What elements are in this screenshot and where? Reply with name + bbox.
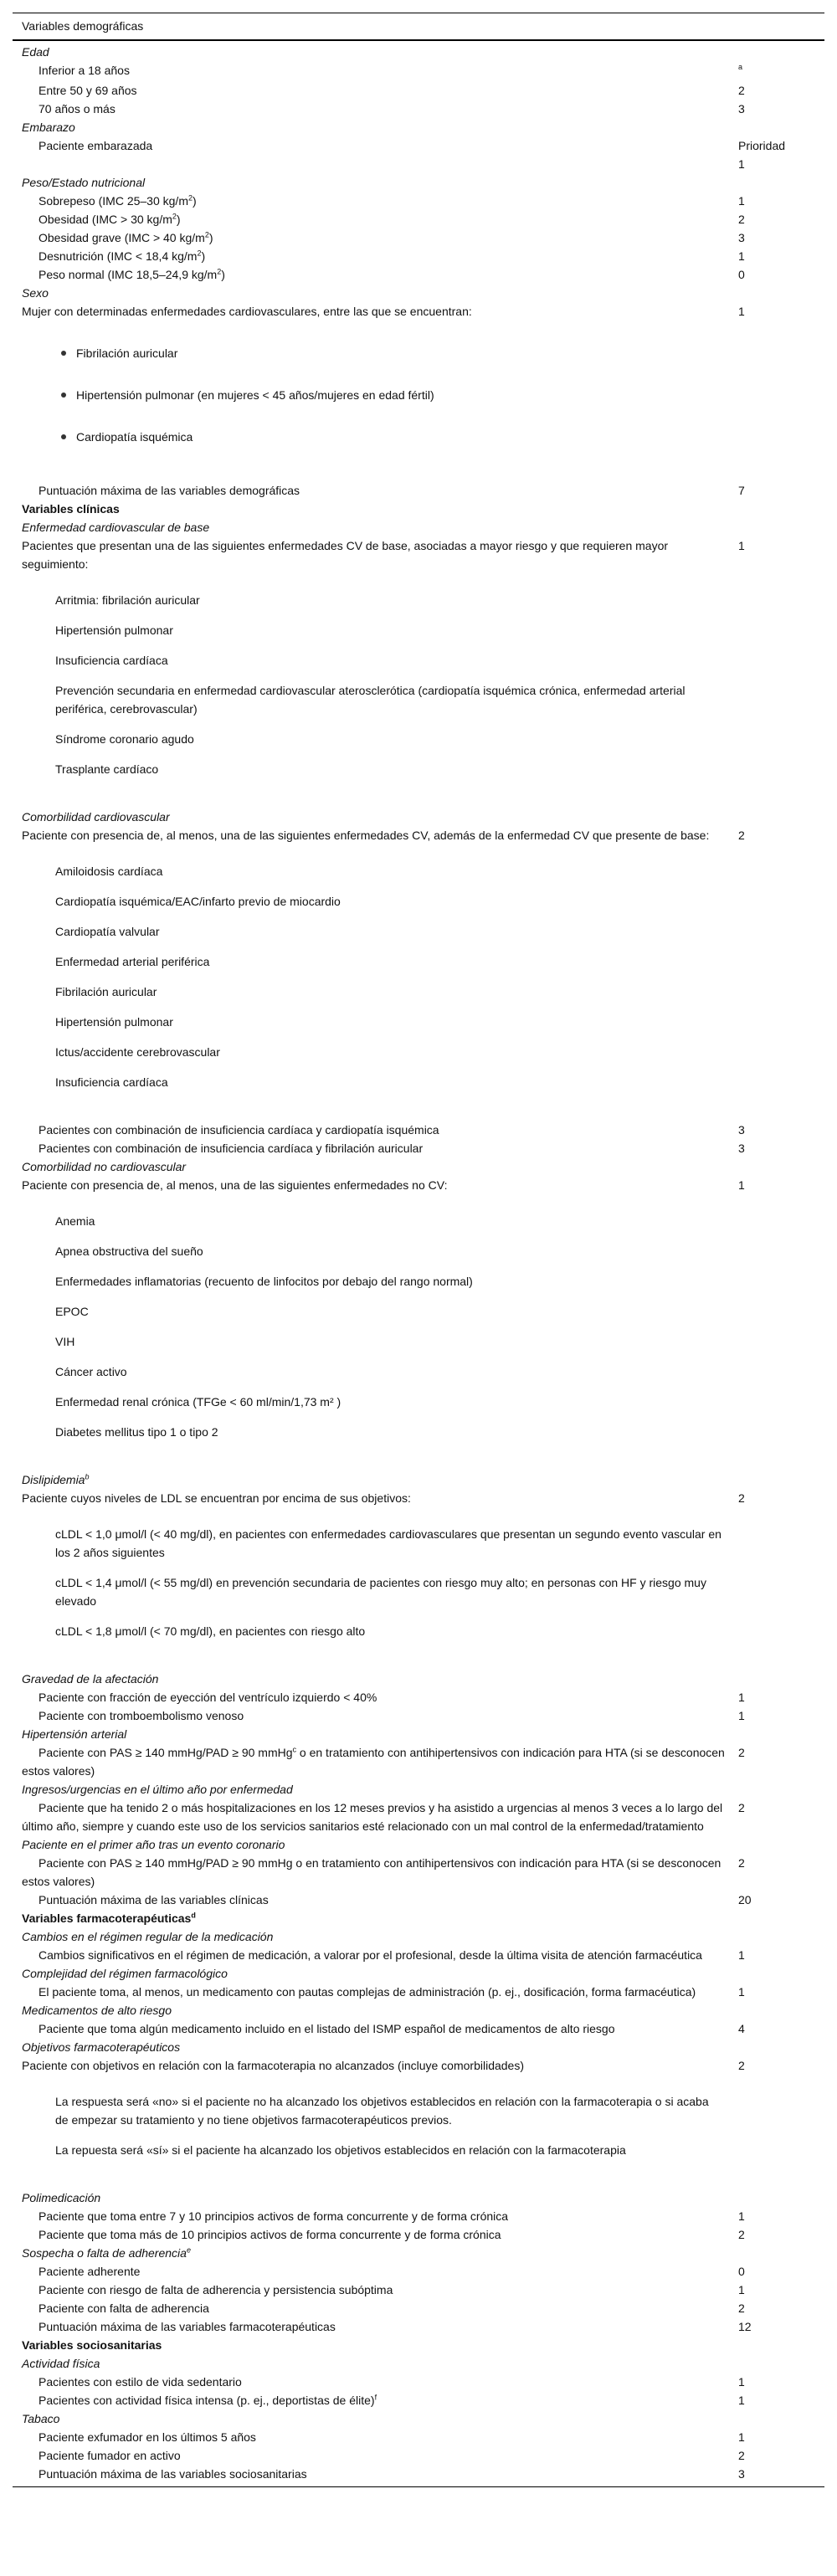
subheading: Sexo xyxy=(13,284,738,302)
criterion-label: Mujer con determinadas enfermedades card… xyxy=(13,302,738,321)
subheading-row: Actividad física xyxy=(13,2354,824,2373)
label-text-cont: ) xyxy=(177,213,181,226)
subheading-row: Cambios en el régimen regular de la medi… xyxy=(13,1927,824,1946)
score-value: 20 xyxy=(738,1891,824,1909)
table-row: Paciente que toma más de 10 principios a… xyxy=(13,2225,824,2244)
score-value: 3 xyxy=(738,1139,824,1157)
label-text: Edad xyxy=(22,45,49,59)
table-row: Paciente embarazadaPrioridad xyxy=(13,136,824,155)
list-item: Arritmia: fibrilación auricular xyxy=(55,585,724,615)
criterion-label: Paciente con presencia de, al menos, una… xyxy=(13,826,738,844)
label-text: Comorbilidad cardiovascular xyxy=(22,810,170,824)
label-text: Paciente con fracción de eyección del ve… xyxy=(39,1691,377,1704)
footnote-marker: b xyxy=(85,1472,89,1480)
label-text-cont: ) xyxy=(193,194,197,208)
label-text: Paciente exfumador en los últimos 5 años xyxy=(39,2430,256,2444)
criterion-label: Paciente con riesgo de falta de adherenc… xyxy=(13,2281,738,2299)
score-value: 3 xyxy=(738,2465,824,2483)
section-heading-row: Variables clínicas xyxy=(13,500,824,518)
table-row: Paciente con riesgo de falta de adherenc… xyxy=(13,2281,824,2299)
subheading: Paciente en el primer año tras un evento… xyxy=(13,1835,738,1854)
score-text: 12 xyxy=(738,2320,752,2333)
table-row: Paciente con PAS ≥ 140 mmHg/PAD ≥ 90 mmH… xyxy=(13,1743,824,1780)
label-text: Puntuación máxima de las variables socio… xyxy=(39,2467,307,2481)
list-item: cLDL < 1,4 μmol/l (< 55 mg/dl) en preven… xyxy=(55,1568,724,1616)
section-heading: Variables sociosanitarias xyxy=(13,2336,738,2354)
condition-list: La respuesta será «no» si el paciente no… xyxy=(13,2075,824,2170)
score-value: 1 xyxy=(738,2207,824,2225)
score-text: 2 xyxy=(738,1491,745,1505)
list-item: La repuesta será «sí» si el paciente ha … xyxy=(55,2135,724,2165)
list-item: Hipertensión pulmonar xyxy=(55,615,724,645)
score-value: 2 xyxy=(738,1799,824,1817)
score-text: 3 xyxy=(738,1142,745,1155)
label-text: Paciente que toma algún medicamento incl… xyxy=(39,2022,615,2035)
subheading: Peso/Estado nutricional xyxy=(13,173,738,192)
criterion-label: Paciente con PAS ≥ 140 mmHg/PAD ≥ 90 mmH… xyxy=(13,1743,738,1780)
score-value: 2 xyxy=(738,826,824,844)
list-item: Fibrilación auricular xyxy=(59,332,724,374)
list-item: Fibrilación auricular xyxy=(55,977,724,1007)
score-value: 2 xyxy=(738,1489,824,1507)
label-text: Actividad física xyxy=(22,2357,100,2370)
table-row: Pacientes con estilo de vida sedentario1 xyxy=(13,2373,824,2391)
label-text: Puntuación máxima de las variables clíni… xyxy=(39,1893,269,1906)
table-row: Paciente cuyos niveles de LDL se encuent… xyxy=(13,1489,824,1507)
label-text: Objetivos farmacoterapéuticos xyxy=(22,2040,180,2054)
label-text: Complejidad del régimen farmacológico xyxy=(22,1967,228,1980)
label-text: El paciente toma, al menos, un medicamen… xyxy=(39,1985,696,1999)
subheading: Gravedad de la afectación xyxy=(13,1670,738,1688)
label-text: Dislipidemia xyxy=(22,1473,85,1486)
table-row: Paciente que toma entre 7 y 10 principio… xyxy=(13,2207,824,2225)
criterion-label: Puntuación máxima de las variables socio… xyxy=(13,2465,738,2483)
list-item: Amiloidosis cardíaca xyxy=(55,856,724,886)
score-text: 7 xyxy=(738,484,745,497)
label-text: Peso/Estado nutricional xyxy=(22,176,145,189)
label-text: Obesidad grave (IMC > 40 kg/m xyxy=(39,231,205,244)
score-text: 2 xyxy=(738,1856,745,1870)
score-text: 1 xyxy=(738,2430,745,2444)
table-row: Pacientes con combinación de insuficienc… xyxy=(13,1121,824,1139)
table-row: 1 xyxy=(13,155,824,173)
score-text: 2 xyxy=(738,2059,745,2072)
criterion-label: Paciente fumador en activo xyxy=(13,2446,738,2465)
label-text: Paciente con falta de adherencia xyxy=(39,2301,209,2315)
criterion-label: Paciente con falta de adherencia xyxy=(13,2299,738,2317)
score-value: Prioridad xyxy=(738,136,824,155)
score-value: 1 xyxy=(738,536,824,555)
subheading: Cambios en el régimen regular de la medi… xyxy=(13,1927,738,1946)
table-row: Puntuación máxima de las variables clíni… xyxy=(13,1891,824,1909)
subheading: Dislipidemiab xyxy=(13,1470,738,1489)
table-row: Paciente exfumador en los últimos 5 años… xyxy=(13,2428,824,2446)
table-row: Mujer con determinadas enfermedades card… xyxy=(13,302,824,321)
subheading: Comorbilidad no cardiovascular xyxy=(13,1157,738,1176)
score-value: 2 xyxy=(738,81,824,100)
label-text: Pacientes con combinación de insuficienc… xyxy=(39,1123,439,1137)
criterion-label: Pacientes con actividad física intensa (… xyxy=(13,2391,738,2409)
list-item: Anemia xyxy=(55,1206,724,1236)
table-row: Paciente con objetivos en relación con l… xyxy=(13,2056,824,2075)
score-text: 1 xyxy=(738,194,745,208)
score-value: 1 xyxy=(738,2373,824,2391)
spacer xyxy=(13,1651,824,1670)
label-text: Paciente que toma más de 10 principios a… xyxy=(39,2228,501,2241)
label-text: Paciente que toma entre 7 y 10 principio… xyxy=(39,2209,508,2223)
subheading: Ingresos/urgencias en el último año por … xyxy=(13,1780,738,1799)
subheading-row: Dislipidemiab xyxy=(13,1470,824,1489)
score-text: 2 xyxy=(738,1801,745,1814)
criterion-label: Pacientes con estilo de vida sedentario xyxy=(13,2373,738,2391)
section-heading: Variables clínicas xyxy=(13,500,738,518)
subheading: Objetivos farmacoterapéuticos xyxy=(13,2038,738,2056)
table-row: Desnutrición (IMC < 18,4 kg/m2)1 xyxy=(13,247,824,265)
subheading-row: Embarazo xyxy=(13,118,824,136)
spacer xyxy=(13,2170,824,2189)
score-value: 1 xyxy=(738,1983,824,2001)
table-row: El paciente toma, al menos, un medicamen… xyxy=(13,1983,824,2001)
criterion-label: Puntuación máxima de las variables clíni… xyxy=(13,1891,738,1909)
section-heading-row: Variables sociosanitarias xyxy=(13,2336,824,2354)
table-row: Paciente con falta de adherencia2 xyxy=(13,2299,824,2317)
list-item: Ictus/accidente cerebrovascular xyxy=(55,1037,724,1067)
score-value: 2 xyxy=(738,1854,824,1872)
subheading-row: Comorbilidad no cardiovascular xyxy=(13,1157,824,1176)
footnote-marker: a xyxy=(738,63,742,71)
spacer xyxy=(13,789,824,808)
subheading-row: Complejidad del régimen farmacológico xyxy=(13,1964,824,1983)
table-row: Paciente que toma algún medicamento incl… xyxy=(13,2019,824,2038)
score-text: 3 xyxy=(738,1123,745,1137)
label-text: Ingresos/urgencias en el último año por … xyxy=(22,1783,293,1796)
subheading-row: Comorbilidad cardiovascular xyxy=(13,808,824,826)
score-value: 2 xyxy=(738,210,824,228)
score-text: 1 xyxy=(738,2209,745,2223)
list-item: Trasplante cardíaco xyxy=(55,754,724,784)
table-row: Pacientes con combinación de insuficienc… xyxy=(13,1139,824,1157)
list-item: Apnea obstructiva del sueño xyxy=(55,1236,724,1266)
condition-list: Amiloidosis cardíacaCardiopatía isquémic… xyxy=(13,844,824,1102)
label-text: Hipertensión arterial xyxy=(22,1727,126,1741)
label-text: Puntuación máxima de las variables demog… xyxy=(39,484,300,497)
list-item: Hipertensión pulmonar (en mujeres < 45 a… xyxy=(59,374,724,416)
score-text: 1 xyxy=(738,539,745,552)
list-item: Hipertensión pulmonar xyxy=(55,1007,724,1037)
criterion-label: Paciente con presencia de, al menos, una… xyxy=(13,1176,738,1194)
label-text: Polimedicación xyxy=(22,2191,100,2204)
label-text-cont: ) xyxy=(221,268,225,281)
criterion-label: Paciente exfumador en los últimos 5 años xyxy=(13,2428,738,2446)
condition-list: cLDL < 1,0 μmol/l (< 40 mg/dl), en pacie… xyxy=(13,1507,824,1651)
label-text: Paciente con objetivos en relación con l… xyxy=(22,2059,524,2072)
footnote-marker: d xyxy=(191,1911,196,1919)
table-row: Pacientes con actividad física intensa (… xyxy=(13,2391,824,2409)
score-text: 2 xyxy=(738,2301,745,2315)
score-text: 1 xyxy=(738,305,745,318)
label-text: Paciente con presencia de, al menos, una… xyxy=(22,829,709,842)
score-text: 1 xyxy=(738,2375,745,2389)
table-header: Variables demográficas xyxy=(13,13,824,39)
score-value: 0 xyxy=(738,2262,824,2281)
criterion-label: Paciente con fracción de eyección del ve… xyxy=(13,1688,738,1706)
criterion-label: Obesidad (IMC > 30 kg/m2) xyxy=(13,210,738,228)
criterion-label: Peso normal (IMC 18,5–24,9 kg/m2) xyxy=(13,265,738,284)
score-value: 2 xyxy=(738,1743,824,1762)
score-text: 4 xyxy=(738,2022,745,2035)
list-item: Enfermedades inflamatorias (recuento de … xyxy=(55,1266,724,1296)
table-row: Entre 50 y 69 años2 xyxy=(13,81,824,100)
label-text: Embarazo xyxy=(22,121,75,134)
score-value: 2 xyxy=(738,2056,824,2075)
list-item: Enfermedad renal crónica (TFGe < 60 ml/m… xyxy=(55,1387,724,1417)
subheading: Medicamentos de alto riesgo xyxy=(13,2001,738,2019)
score-text: 1 xyxy=(738,1691,745,1704)
criterion-label: Pacientes con combinación de insuficienc… xyxy=(13,1139,738,1157)
label-text: Inferior a 18 años xyxy=(39,64,130,77)
criterion-label: Paciente adherente xyxy=(13,2262,738,2281)
score-value: 1 xyxy=(738,1946,824,1964)
list-item: Insuficiencia cardíaca xyxy=(55,645,724,675)
label-text: Obesidad (IMC > 30 kg/m xyxy=(39,213,172,226)
label-text: Paciente en el primer año tras un evento… xyxy=(22,1838,285,1851)
label-text: Paciente adherente xyxy=(39,2265,140,2278)
subheading-row: Sexo xyxy=(13,284,824,302)
label-text: Paciente con presencia de, al menos, una… xyxy=(22,1178,447,1192)
score-value: 1 xyxy=(738,2391,824,2409)
label-text: Tabaco xyxy=(22,2412,59,2425)
criterion-label: Paciente embarazada xyxy=(13,136,738,155)
criterion-label: El paciente toma, al menos, un medicamen… xyxy=(13,1983,738,2001)
score-value: 1 xyxy=(738,192,824,210)
label-text: Paciente que ha tenido 2 o más hospitali… xyxy=(22,1801,722,1833)
subheading: Polimedicación xyxy=(13,2189,738,2207)
table-row: Puntuación máxima de las variables demog… xyxy=(13,481,824,500)
criterion-label: Paciente con objetivos en relación con l… xyxy=(13,2056,738,2075)
list-item: Enfermedad arterial periférica xyxy=(55,947,724,977)
label-text: Comorbilidad no cardiovascular xyxy=(22,1160,186,1173)
table-row: Inferior a 18 añosa xyxy=(13,61,824,81)
table-row: Paciente con presencia de, al menos, una… xyxy=(13,1176,824,1194)
score-value: 2 xyxy=(738,2446,824,2465)
label-text: Sexo xyxy=(22,286,49,300)
score-text: Prioridad xyxy=(738,139,785,152)
subheading-row: Gravedad de la afectación xyxy=(13,1670,824,1688)
list-item: Cardiopatía isquémica xyxy=(59,416,724,458)
footnote-marker: e xyxy=(187,2245,191,2254)
score-text: 0 xyxy=(738,268,745,281)
list-item: Cáncer activo xyxy=(55,1357,724,1387)
criterion-label: Entre 50 y 69 años xyxy=(13,81,738,100)
label-text: Desnutrición (IMC < 18,4 kg/m xyxy=(39,249,197,263)
list-item: Síndrome coronario agudo xyxy=(55,724,724,754)
criterion-label: Paciente con PAS ≥ 140 mmHg/PAD ≥ 90 mmH… xyxy=(13,1854,738,1891)
label-text: Paciente embarazada xyxy=(39,139,152,152)
table-row: Puntuación máxima de las variables socio… xyxy=(13,2465,824,2483)
score-value: 0 xyxy=(738,265,824,284)
label-text: Mujer con determinadas enfermedades card… xyxy=(22,305,472,318)
label-text: Medicamentos de alto riesgo xyxy=(22,2004,172,2017)
subheading-row: Polimedicación xyxy=(13,2189,824,2207)
label-text: Pacientes con actividad física intensa (… xyxy=(39,2394,375,2407)
score-value: 1 xyxy=(738,1706,824,1725)
score-value: 1 xyxy=(738,1176,824,1194)
table-row: Cambios significativos en el régimen de … xyxy=(13,1946,824,1964)
criterion-label: Cambios significativos en el régimen de … xyxy=(13,1946,738,1964)
criterion-label: Paciente que ha tenido 2 o más hospitali… xyxy=(13,1799,738,1835)
subheading-row: Ingresos/urgencias en el último año por … xyxy=(13,1780,824,1799)
score-text: 2 xyxy=(738,829,745,842)
label-text: Puntuación máxima de las variables farma… xyxy=(39,2320,336,2333)
label-text: Variables clínicas xyxy=(22,502,120,516)
subheading: Tabaco xyxy=(13,2409,738,2428)
spacer xyxy=(13,1102,824,1121)
table-row: Pacientes que presentan una de las sigui… xyxy=(13,536,824,573)
subheading: Comorbilidad cardiovascular xyxy=(13,808,738,826)
list-item: Prevención secundaria en enfermedad card… xyxy=(55,675,724,724)
criterion-label: Paciente que toma más de 10 principios a… xyxy=(13,2225,738,2244)
score-value: 1 xyxy=(738,247,824,265)
condition-list: Arritmia: fibrilación auricularHipertens… xyxy=(13,573,824,789)
score-value: 1 xyxy=(738,2428,824,2446)
score-value: 12 xyxy=(738,2317,824,2336)
label-text: Peso normal (IMC 18,5–24,9 kg/m xyxy=(39,268,217,281)
list-item: cLDL < 1,8 μmol/l (< 70 mg/dl), en pacie… xyxy=(55,1616,724,1646)
label-text: 70 años o más xyxy=(39,102,116,115)
risk-score-table: Variables demográficas EdadInferior a 18… xyxy=(13,13,824,2487)
subheading: Actividad física xyxy=(13,2354,738,2373)
score-text: 1 xyxy=(738,2283,745,2296)
label-text: Cambios significativos en el régimen de … xyxy=(39,1948,702,1962)
score-text: 1 xyxy=(738,1178,745,1192)
table-row: Paciente con PAS ≥ 140 mmHg/PAD ≥ 90 mmH… xyxy=(13,1854,824,1891)
score-text: 3 xyxy=(738,102,745,115)
score-value: 2 xyxy=(738,2299,824,2317)
table-row: Paciente con presencia de, al menos, una… xyxy=(13,826,824,844)
score-value: 1 xyxy=(738,302,824,321)
subheading-row: Medicamentos de alto riesgo xyxy=(13,2001,824,2019)
label-text: Cambios en el régimen regular de la medi… xyxy=(22,1930,273,1943)
label-text: Sobrepeso (IMC 25–30 kg/m xyxy=(39,194,188,208)
score-text: 2 xyxy=(738,2449,745,2462)
subheading-row: Paciente en el primer año tras un evento… xyxy=(13,1835,824,1854)
subheading-row: Edad xyxy=(13,43,824,61)
label-text: Variables farmacoterapéuticas xyxy=(22,1911,191,1925)
label-text: Gravedad de la afectación xyxy=(22,1672,158,1686)
table-row: Paciente con fracción de eyección del ve… xyxy=(13,1688,824,1706)
score-text: 1 xyxy=(738,1948,745,1962)
score-value: 1 xyxy=(738,155,824,173)
score-text: 2 xyxy=(738,1746,745,1759)
label-text: Pacientes con combinación de insuficienc… xyxy=(39,1142,423,1155)
criterion-label: Obesidad grave (IMC > 40 kg/m2) xyxy=(13,228,738,247)
label-text: Paciente cuyos niveles de LDL se encuent… xyxy=(22,1491,411,1505)
subheading-row: Hipertensión arterial xyxy=(13,1725,824,1743)
score-value: 3 xyxy=(738,228,824,247)
score-value: 7 xyxy=(738,481,824,500)
spacer xyxy=(13,1452,824,1470)
label-text: Paciente con PAS ≥ 140 mmHg/PAD ≥ 90 mmH… xyxy=(39,1746,293,1759)
subheading: Enfermedad cardiovascular de base xyxy=(13,518,738,536)
table-row: Paciente que ha tenido 2 o más hospitali… xyxy=(13,1799,824,1835)
subheading: Sospecha o falta de adherenciae xyxy=(13,2244,738,2262)
score-text: 3 xyxy=(738,231,745,244)
score-text: 3 xyxy=(738,2467,745,2481)
label-text: Pacientes con estilo de vida sedentario xyxy=(39,2375,242,2389)
bullet-list: Fibrilación auricularHipertensión pulmon… xyxy=(13,321,824,463)
list-item: La respuesta será «no» si el paciente no… xyxy=(55,2086,724,2135)
table-row: Puntuación máxima de las variables farma… xyxy=(13,2317,824,2336)
score-text: 0 xyxy=(738,2265,745,2278)
table-row: Peso normal (IMC 18,5–24,9 kg/m2)0 xyxy=(13,265,824,284)
subheading-row: Enfermedad cardiovascular de base xyxy=(13,518,824,536)
score-text: 1 xyxy=(738,1709,745,1722)
criterion-label: Paciente cuyos niveles de LDL se encuent… xyxy=(13,1489,738,1507)
criterion-label: Sobrepeso (IMC 25–30 kg/m2) xyxy=(13,192,738,210)
score-value: 1 xyxy=(738,1688,824,1706)
label-text: Pacientes que presentan una de las sigui… xyxy=(22,539,668,571)
score-text: 1 xyxy=(738,157,745,171)
criterion-label: Paciente que toma entre 7 y 10 principio… xyxy=(13,2207,738,2225)
criterion-label: Puntuación máxima de las variables farma… xyxy=(13,2317,738,2336)
label-text-cont: ) xyxy=(209,231,213,244)
criterion-label: Paciente que toma algún medicamento incl… xyxy=(13,2019,738,2038)
criterion-label: Pacientes con combinación de insuficienc… xyxy=(13,1121,738,1139)
label-text-cont: ) xyxy=(201,249,205,263)
table-body: EdadInferior a 18 añosaEntre 50 y 69 año… xyxy=(13,41,824,2483)
table-row: Paciente adherente0 xyxy=(13,2262,824,2281)
table-bottom-rule xyxy=(13,2486,824,2487)
list-item: Cardiopatía isquémica/EAC/infarto previo… xyxy=(55,886,724,916)
section-heading: Variables farmacoterapéuticasd xyxy=(13,1909,738,1927)
list-item: EPOC xyxy=(55,1296,724,1326)
spacer xyxy=(13,463,824,481)
list-item: cLDL < 1,0 μmol/l (< 40 mg/dl), en pacie… xyxy=(55,1519,724,1568)
label-text: Variables sociosanitarias xyxy=(22,2338,162,2352)
score-value: a xyxy=(738,61,824,81)
score-text: 1 xyxy=(738,2394,745,2407)
criterion-label: Desnutrición (IMC < 18,4 kg/m2) xyxy=(13,247,738,265)
criterion-label: 70 años o más xyxy=(13,100,738,118)
score-text: 20 xyxy=(738,1893,752,1906)
score-value: 4 xyxy=(738,2019,824,2038)
score-text: 2 xyxy=(738,84,745,97)
table-row: Obesidad grave (IMC > 40 kg/m2)3 xyxy=(13,228,824,247)
score-value: 1 xyxy=(738,2281,824,2299)
label-text: Paciente fumador en activo xyxy=(39,2449,181,2462)
subheading-row: Objetivos farmacoterapéuticos xyxy=(13,2038,824,2056)
list-item: Cardiopatía valvular xyxy=(55,916,724,947)
section-heading-row: Variables farmacoterapéuticasd xyxy=(13,1909,824,1927)
label-text: Paciente con tromboembolismo venoso xyxy=(39,1709,244,1722)
subheading-row: Peso/Estado nutricional xyxy=(13,173,824,192)
criterion-label: Paciente con tromboembolismo venoso xyxy=(13,1706,738,1725)
subheading-row: Sospecha o falta de adherenciae xyxy=(13,2244,824,2262)
footnote-marker: f xyxy=(375,2393,377,2401)
subheading-row: Tabaco xyxy=(13,2409,824,2428)
score-text: 1 xyxy=(738,249,745,263)
table-row: 70 años o más3 xyxy=(13,100,824,118)
subheading: Hipertensión arterial xyxy=(13,1725,738,1743)
condition-list: AnemiaApnea obstructiva del sueñoEnferme… xyxy=(13,1194,824,1452)
table-row: Obesidad (IMC > 30 kg/m2)2 xyxy=(13,210,824,228)
label-text: Enfermedad cardiovascular de base xyxy=(22,521,209,534)
list-item: Diabetes mellitus tipo 1 o tipo 2 xyxy=(55,1417,724,1447)
label-text: Paciente con riesgo de falta de adherenc… xyxy=(39,2283,393,2296)
score-value: 3 xyxy=(738,100,824,118)
list-item: VIH xyxy=(55,1326,724,1357)
score-text: 2 xyxy=(738,213,745,226)
